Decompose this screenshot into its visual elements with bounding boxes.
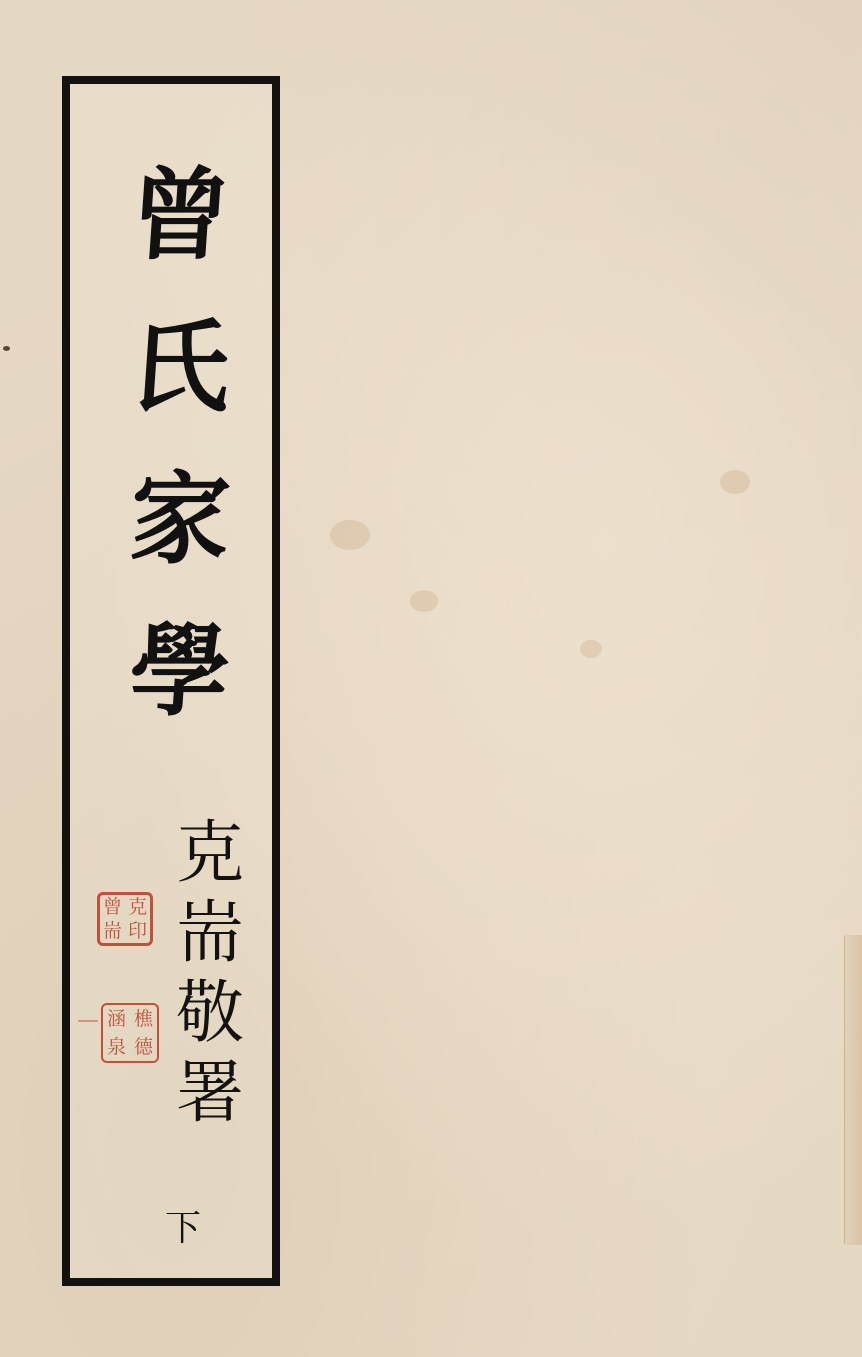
red-seal-lower: 涵 樵 泉 德: [101, 1003, 159, 1063]
foxing-spot: [330, 520, 370, 550]
foxing-spot: [720, 470, 750, 494]
page-edge-strip: [844, 935, 862, 1245]
seal-char: 樵: [130, 1010, 157, 1029]
author-char: 克: [176, 820, 244, 888]
seal-char: 耑: [100, 922, 125, 941]
author-char: 敬: [176, 980, 244, 1048]
seal-char: 曾: [100, 898, 125, 917]
seal-char: 涵: [103, 1010, 130, 1029]
seal-char: 克: [125, 898, 150, 917]
title-char: 學: [127, 621, 234, 721]
volume-mark: 下: [163, 1200, 203, 1251]
ink-blemish: [3, 346, 10, 351]
seal-char: 印: [125, 922, 150, 941]
title-char: 氏: [127, 317, 234, 417]
title-char: 家: [127, 469, 234, 569]
seal-mark-tick: [78, 1020, 98, 1022]
book-title: 曾 氏 家 學: [120, 165, 240, 773]
book-cover-page: 曾 氏 家 學 克 耑 敬 署 下 曾 克 耑 印 涵 樵 泉 德: [0, 0, 862, 1357]
seal-char: 泉: [103, 1038, 130, 1057]
foxing-spot: [410, 590, 438, 612]
author-inscription: 克 耑 敬 署: [165, 820, 255, 1140]
author-char: 署: [176, 1060, 244, 1128]
seal-char: 德: [130, 1038, 157, 1057]
author-char: 耑: [176, 900, 244, 968]
title-char: 曾: [127, 165, 234, 265]
red-seal-upper: 曾 克 耑 印: [97, 892, 153, 946]
foxing-spot: [580, 640, 602, 658]
